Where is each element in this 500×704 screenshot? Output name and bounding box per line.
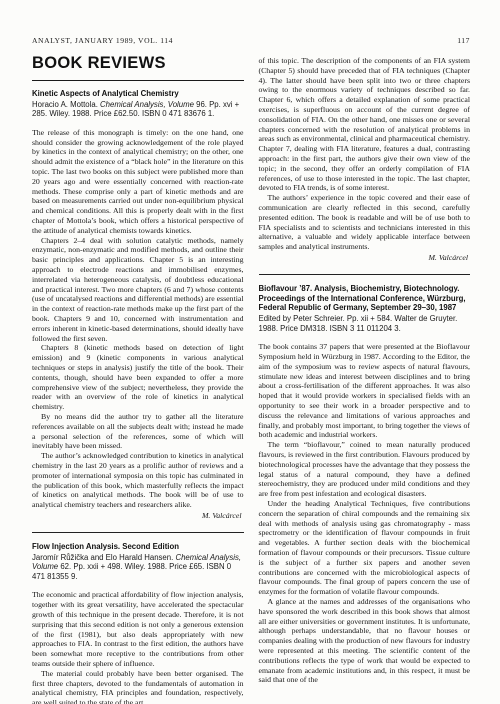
reviewer-signature: M. Valcárcel — [259, 253, 469, 263]
review-bibliography: Jaromír Růžička and Elo Harald Hansen. C… — [32, 553, 244, 582]
page-number: 117 — [457, 36, 470, 45]
review-paragraph: The author’s acknowledged contribution t… — [32, 451, 244, 510]
review-paragraph: The material could probably have been be… — [32, 669, 244, 704]
section-divider — [32, 532, 244, 533]
review-paragraph: The release of this monograph is timely:… — [32, 128, 244, 236]
review-paragraph: The book contains 37 papers that were pr… — [259, 342, 471, 440]
review-paragraph: By no means did the author try to gather… — [32, 412, 244, 451]
review-paragraph: Under the heading Analytical Techniques,… — [259, 499, 471, 597]
bib-series-italic: Chemical Analysis, Volume — [100, 100, 194, 109]
review-paragraph: The economic and practical affordability… — [32, 590, 244, 668]
review-bibliography: Horacio A. Mottola. Chemical Analysis, V… — [32, 100, 244, 119]
review-kinetic-aspects: Kinetic Aspects of Analytical Chemistry … — [32, 89, 244, 521]
review-flow-injection-continued: of this topic. The description of the co… — [259, 53, 471, 263]
running-head: ANALYST, JANUARY 1989, VOL. 114 117 — [32, 36, 470, 45]
review-paragraph-continuation: of this topic. The description of the co… — [259, 53, 471, 193]
review-bibliography: Edited by Peter Schreier. Pp. xii + 584.… — [259, 314, 471, 333]
review-flow-injection: Flow Injection Analysis. Second Edition … — [32, 542, 244, 704]
bib-authors: Horacio A. Mottola. — [32, 100, 100, 109]
section-divider — [259, 274, 471, 275]
reviewer-signature: M. Valcárcel — [32, 511, 242, 521]
review-paragraph: A glance at the names and addresses of t… — [259, 597, 471, 685]
review-title: Kinetic Aspects of Analytical Chemistry — [32, 89, 244, 99]
column-left: BOOK REVIEWS Kinetic Aspects of Analytic… — [32, 53, 244, 704]
columns: BOOK REVIEWS Kinetic Aspects of Analytic… — [32, 53, 470, 704]
section-title: BOOK REVIEWS — [32, 54, 244, 73]
review-paragraph: Chapters 2–4 deal with solution catalyti… — [32, 236, 244, 344]
journal-citation: ANALYST, JANUARY 1989, VOL. 114 — [32, 36, 173, 45]
bib-authors: Jaromír Růžička and Elo Harald Hansen. — [32, 553, 175, 562]
column-right: of this topic. The description of the co… — [259, 53, 471, 704]
review-title: Bioflavour ’87. Analysis, Biochemistry, … — [259, 284, 471, 313]
review-paragraph: The authors’ experience in the topic cov… — [259, 193, 471, 252]
review-title: Flow Injection Analysis. Second Edition — [32, 542, 244, 552]
review-bioflavour: Bioflavour ’87. Analysis, Biochemistry, … — [259, 284, 471, 685]
section-title-rule — [32, 80, 244, 81]
review-paragraph: The term “bioflavour,” coined to mean na… — [259, 440, 471, 499]
journal-page: ANALYST, JANUARY 1989, VOL. 114 117 BOOK… — [0, 0, 500, 704]
review-paragraph: Chapters 8 (kinetic methods based on det… — [32, 343, 244, 412]
bib-details: 62. Pp. xxii + 498. Wiley. 1988. Price £… — [32, 562, 231, 581]
